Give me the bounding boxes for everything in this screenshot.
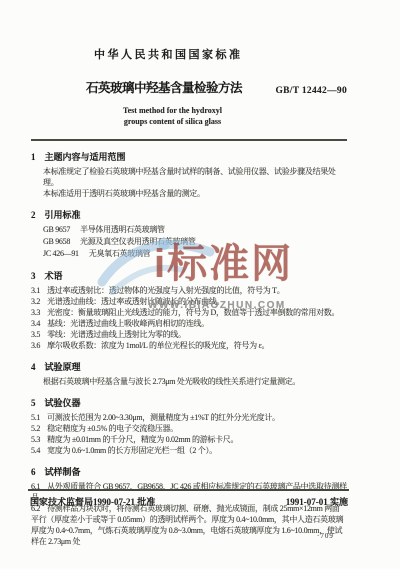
clause-number: 5.3 bbox=[31, 435, 40, 444]
reference-code: GB 9657 bbox=[43, 225, 70, 234]
clause-number: 3.2 bbox=[31, 297, 40, 306]
section-title: 试样制备 bbox=[45, 467, 81, 477]
section-references: 2引用标准 GB 9657半导体用透明石英玻璃管 GB 9658光源及真空仪表用… bbox=[30, 208, 347, 260]
section-heading: 2引用标准 bbox=[31, 208, 347, 221]
clause-text: 精度为 ±0.01mm 的千分尺，精度为 0.02mm 的游标卡尺。 bbox=[47, 435, 238, 444]
footer: 国家技术监督局1990-07-21 批准 1991-07-01 实施 bbox=[30, 495, 348, 508]
paragraph: 根据石英玻璃中羟基含量与波长 2.73μm 处光吸收的线性关系进行定量测定。 bbox=[43, 376, 347, 387]
clause-number: 3.1 bbox=[31, 286, 40, 295]
section-number: 5 bbox=[31, 398, 36, 408]
reference-name: 光源及真空仪表用透明石英玻璃管 bbox=[80, 237, 196, 246]
reference-item: GB 9657半导体用透明石英玻璃管 bbox=[43, 224, 347, 236]
section-principle: 4试验原理 根据石英玻璃中羟基含量与波长 2.73μm 处光吸收的线性关系进行定… bbox=[30, 360, 347, 387]
clause-text: 透过率或透射比：透过物体的光强度与入射光强度的比值，符号为 T。 bbox=[47, 286, 284, 295]
section-heading: 4试验原理 bbox=[31, 360, 347, 373]
page-number: ·709 bbox=[317, 532, 334, 540]
reference-code: GB 9658 bbox=[43, 237, 70, 246]
clause-number: 3.3 bbox=[31, 308, 40, 317]
clause: 3.1透过率或透射比：透过物体的光强度与入射光强度的比值，符号为 T。 bbox=[31, 285, 347, 296]
clause-text: 稳定精度为 ±0.5% 的电子交流稳压器。 bbox=[47, 424, 178, 433]
clause-number: 3.5 bbox=[31, 330, 40, 339]
standard-code: GB/T 12442—90 bbox=[275, 86, 347, 96]
clause: 3.5零线：光谱透过曲线上透射比为零的线。 bbox=[31, 329, 347, 340]
section-number: 1 bbox=[31, 152, 36, 162]
page-title-english-line2: groups content of silica glass bbox=[90, 116, 255, 127]
document-page: 中华人民共和国国家标准 石英玻璃中羟基含量检验方法 GB/T 12442—90 … bbox=[0, 0, 400, 569]
section-number: 3 bbox=[31, 271, 36, 281]
clause: 5.2稳定精度为 ±0.5% 的电子交流稳压器。 bbox=[31, 423, 347, 434]
clause: 3.3光密度：衡量玻璃阻止光线透过的能力，符号为 D，数值等于透过率倒数的常用对… bbox=[31, 307, 347, 318]
clause-text: 光谱透过曲线：透过率或透射比随波长的分布曲线。 bbox=[47, 297, 224, 306]
clause: 6.2待测样品为块状时，将待测石英玻璃切割、研磨、抛光成镜面，制成 25mm×1… bbox=[31, 503, 347, 547]
clause-text: 光密度：衡量玻璃阻止光线透过的能力，符号为 D，数值等于透过率倒数的常用对数。 bbox=[47, 308, 339, 317]
section-instruments: 5试验仪器 5.1可测波长范围为 2.00~3.30μm，测量精度为 ±1%T … bbox=[30, 396, 347, 456]
approval-note: 国家技术监督局1990-07-21 批准 bbox=[30, 495, 155, 508]
clause: 3.4基线：光谱透过曲线上吸收峰两肩相切的连线。 bbox=[31, 318, 347, 329]
title-row: 石英玻璃中羟基含量检验方法 GB/T 12442—90 bbox=[30, 78, 347, 96]
clause: 5.4宽度为 0.6~1.0mm 的长方形固定光栏一组（2 个）。 bbox=[31, 445, 347, 456]
section-heading: 5试验仪器 bbox=[31, 396, 347, 409]
clause-text: 基线：光谱透过曲线上吸收峰两肩相切的连线。 bbox=[47, 319, 209, 328]
section-number: 2 bbox=[31, 210, 36, 220]
page-title-english: Test method for the hydroxyl groups cont… bbox=[90, 105, 255, 127]
section-terms: 3术语 3.1透过率或透射比：透过物体的光强度与入射光强度的比值，符号为 T。 … bbox=[30, 269, 347, 351]
section-title: 试验原理 bbox=[45, 362, 81, 372]
national-standard-label: 中华人民共和国国家标准 bbox=[94, 46, 347, 62]
clause-number: 3.4 bbox=[31, 319, 40, 328]
clause-number: 5.2 bbox=[31, 424, 40, 433]
clause-text: 待测样品为块状时，将待测石英玻璃切割、研磨、抛光成镜面，制成 25mm×12mm… bbox=[31, 504, 343, 546]
section-number: 6 bbox=[31, 467, 36, 477]
reference-code: JC 426—91 bbox=[43, 249, 79, 258]
footer-divider bbox=[28, 489, 349, 491]
section-scope: 1主题内容与适用范围 本标准规定了检验石英玻璃中羟基含量时试样的制备、试验用仪器… bbox=[30, 150, 347, 199]
reference-name: 半导体用透明石英玻璃管 bbox=[80, 225, 165, 234]
implementation-date: 1991-07-01 实施 bbox=[286, 495, 348, 508]
clause: 3.2光谱透过曲线：透过率或透射比随波长的分布曲线。 bbox=[31, 296, 347, 307]
clause-number: 5.1 bbox=[31, 413, 40, 422]
section-heading: 6试样制备 bbox=[31, 465, 347, 478]
reference-item: GB 9658光源及真空仪表用透明石英玻璃管 bbox=[43, 236, 347, 248]
section-title: 试验仪器 bbox=[45, 398, 81, 408]
paragraph: 本标准适用于透明石英玻璃中羟基含量的测定。 bbox=[43, 188, 347, 199]
page-title: 石英玻璃中羟基含量检验方法 bbox=[86, 78, 242, 96]
clause: 3.6摩尔吸收系数：浓度为 1mol/L 的单位光程长的吸光度，符号为 ε。 bbox=[31, 340, 347, 351]
page-title-english-line1: Test method for the hydroxyl bbox=[90, 105, 255, 116]
section-heading: 3术语 bbox=[31, 269, 347, 282]
clause: 5.1可测波长范围为 2.00~3.30μm，测量精度为 ±1%T 的红外分光光… bbox=[31, 412, 347, 423]
clause-text: 宽度为 0.6~1.0mm 的长方形固定光栏一组（2 个）。 bbox=[47, 446, 217, 455]
section-number: 4 bbox=[31, 362, 36, 372]
section-title: 主题内容与适用范围 bbox=[45, 152, 126, 162]
section-heading: 1主题内容与适用范围 bbox=[31, 150, 347, 163]
section-title: 术语 bbox=[45, 271, 63, 281]
reference-name: 无臭氧石英玻璃管 bbox=[89, 249, 151, 258]
clause-text: 零线：光谱透过曲线上透射比为零的线。 bbox=[47, 330, 186, 339]
clause-text: 摩尔吸收系数：浓度为 1mol/L 的单位光程长的吸光度，符号为 ε。 bbox=[47, 341, 269, 350]
section-title: 引用标准 bbox=[45, 210, 81, 220]
reference-item: JC 426—91无臭氧石英玻璃管 bbox=[43, 248, 347, 260]
clause-number: 3.6 bbox=[31, 341, 40, 350]
paragraph: 本标准规定了检验石英玻璃中羟基含量时试样的制备、试验用仪器、试验步骤及结果处理。 bbox=[43, 166, 347, 188]
clause-number: 5.4 bbox=[31, 446, 40, 455]
clause-text: 可测波长范围为 2.00~3.30μm，测量精度为 ±1%T 的红外分光光度计。 bbox=[47, 413, 280, 422]
clause: 5.3精度为 ±0.01mm 的千分尺，精度为 0.02mm 的游标卡尺。 bbox=[31, 434, 347, 445]
header-divider bbox=[31, 139, 347, 141]
